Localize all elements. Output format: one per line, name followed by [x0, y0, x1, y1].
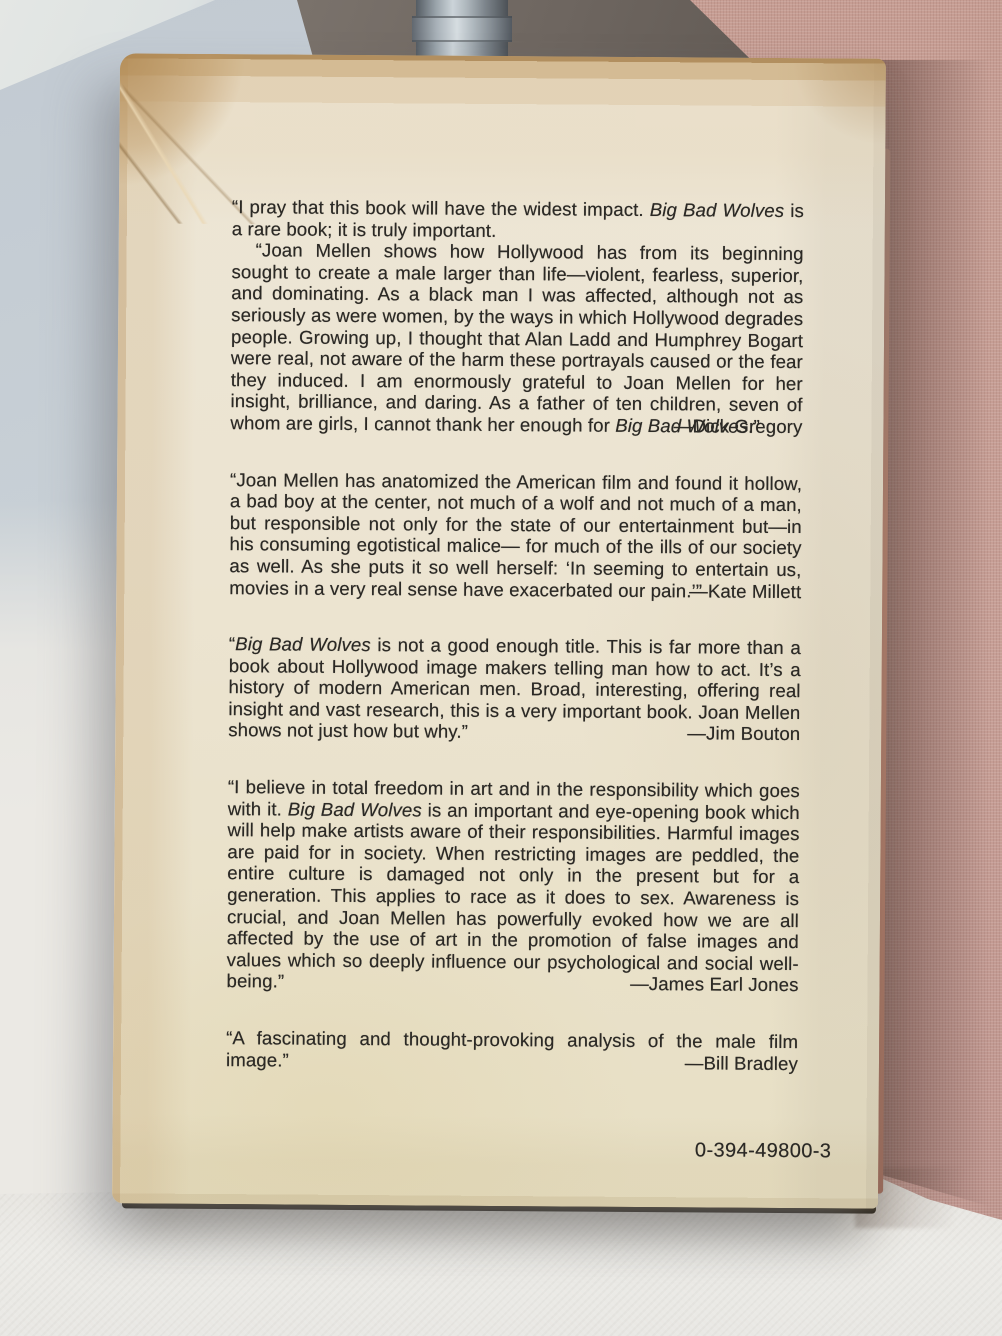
- book-back-cover: “I pray that this book will have the wid…: [112, 53, 886, 1208]
- quote-attribution: —Bill Bradley: [226, 1049, 798, 1075]
- photo-scene: “I pray that this book will have the wid…: [0, 0, 1002, 1336]
- dust-jacket: “I pray that this book will have the wid…: [112, 53, 886, 1208]
- quote-attribution: —James Earl Jones: [226, 971, 798, 997]
- quote-paragraph: “I believe in total freedom in art and i…: [226, 776, 799, 996]
- quote-block: “I believe in total freedom in art and i…: [226, 776, 799, 996]
- metal-pipe-joint: [412, 16, 512, 42]
- quote-block: “Big Bad Wolves is not a good enough tit…: [228, 633, 801, 745]
- quote-paragraph: “I pray that this book will have the wid…: [232, 196, 804, 243]
- quote-block: “I pray that this book will have the wid…: [230, 196, 804, 438]
- quote-block: “Joan Mellen has anatomized the American…: [229, 469, 802, 603]
- quotes-list: “I pray that this book will have the wid…: [226, 196, 804, 1109]
- quote-block: “A fascinating and thought-provoking ana…: [226, 1027, 798, 1074]
- quote-paragraph: “Joan Mellen shows how Hollywood has fro…: [230, 239, 803, 437]
- isbn-label: 0-394-49800-3: [695, 1139, 832, 1163]
